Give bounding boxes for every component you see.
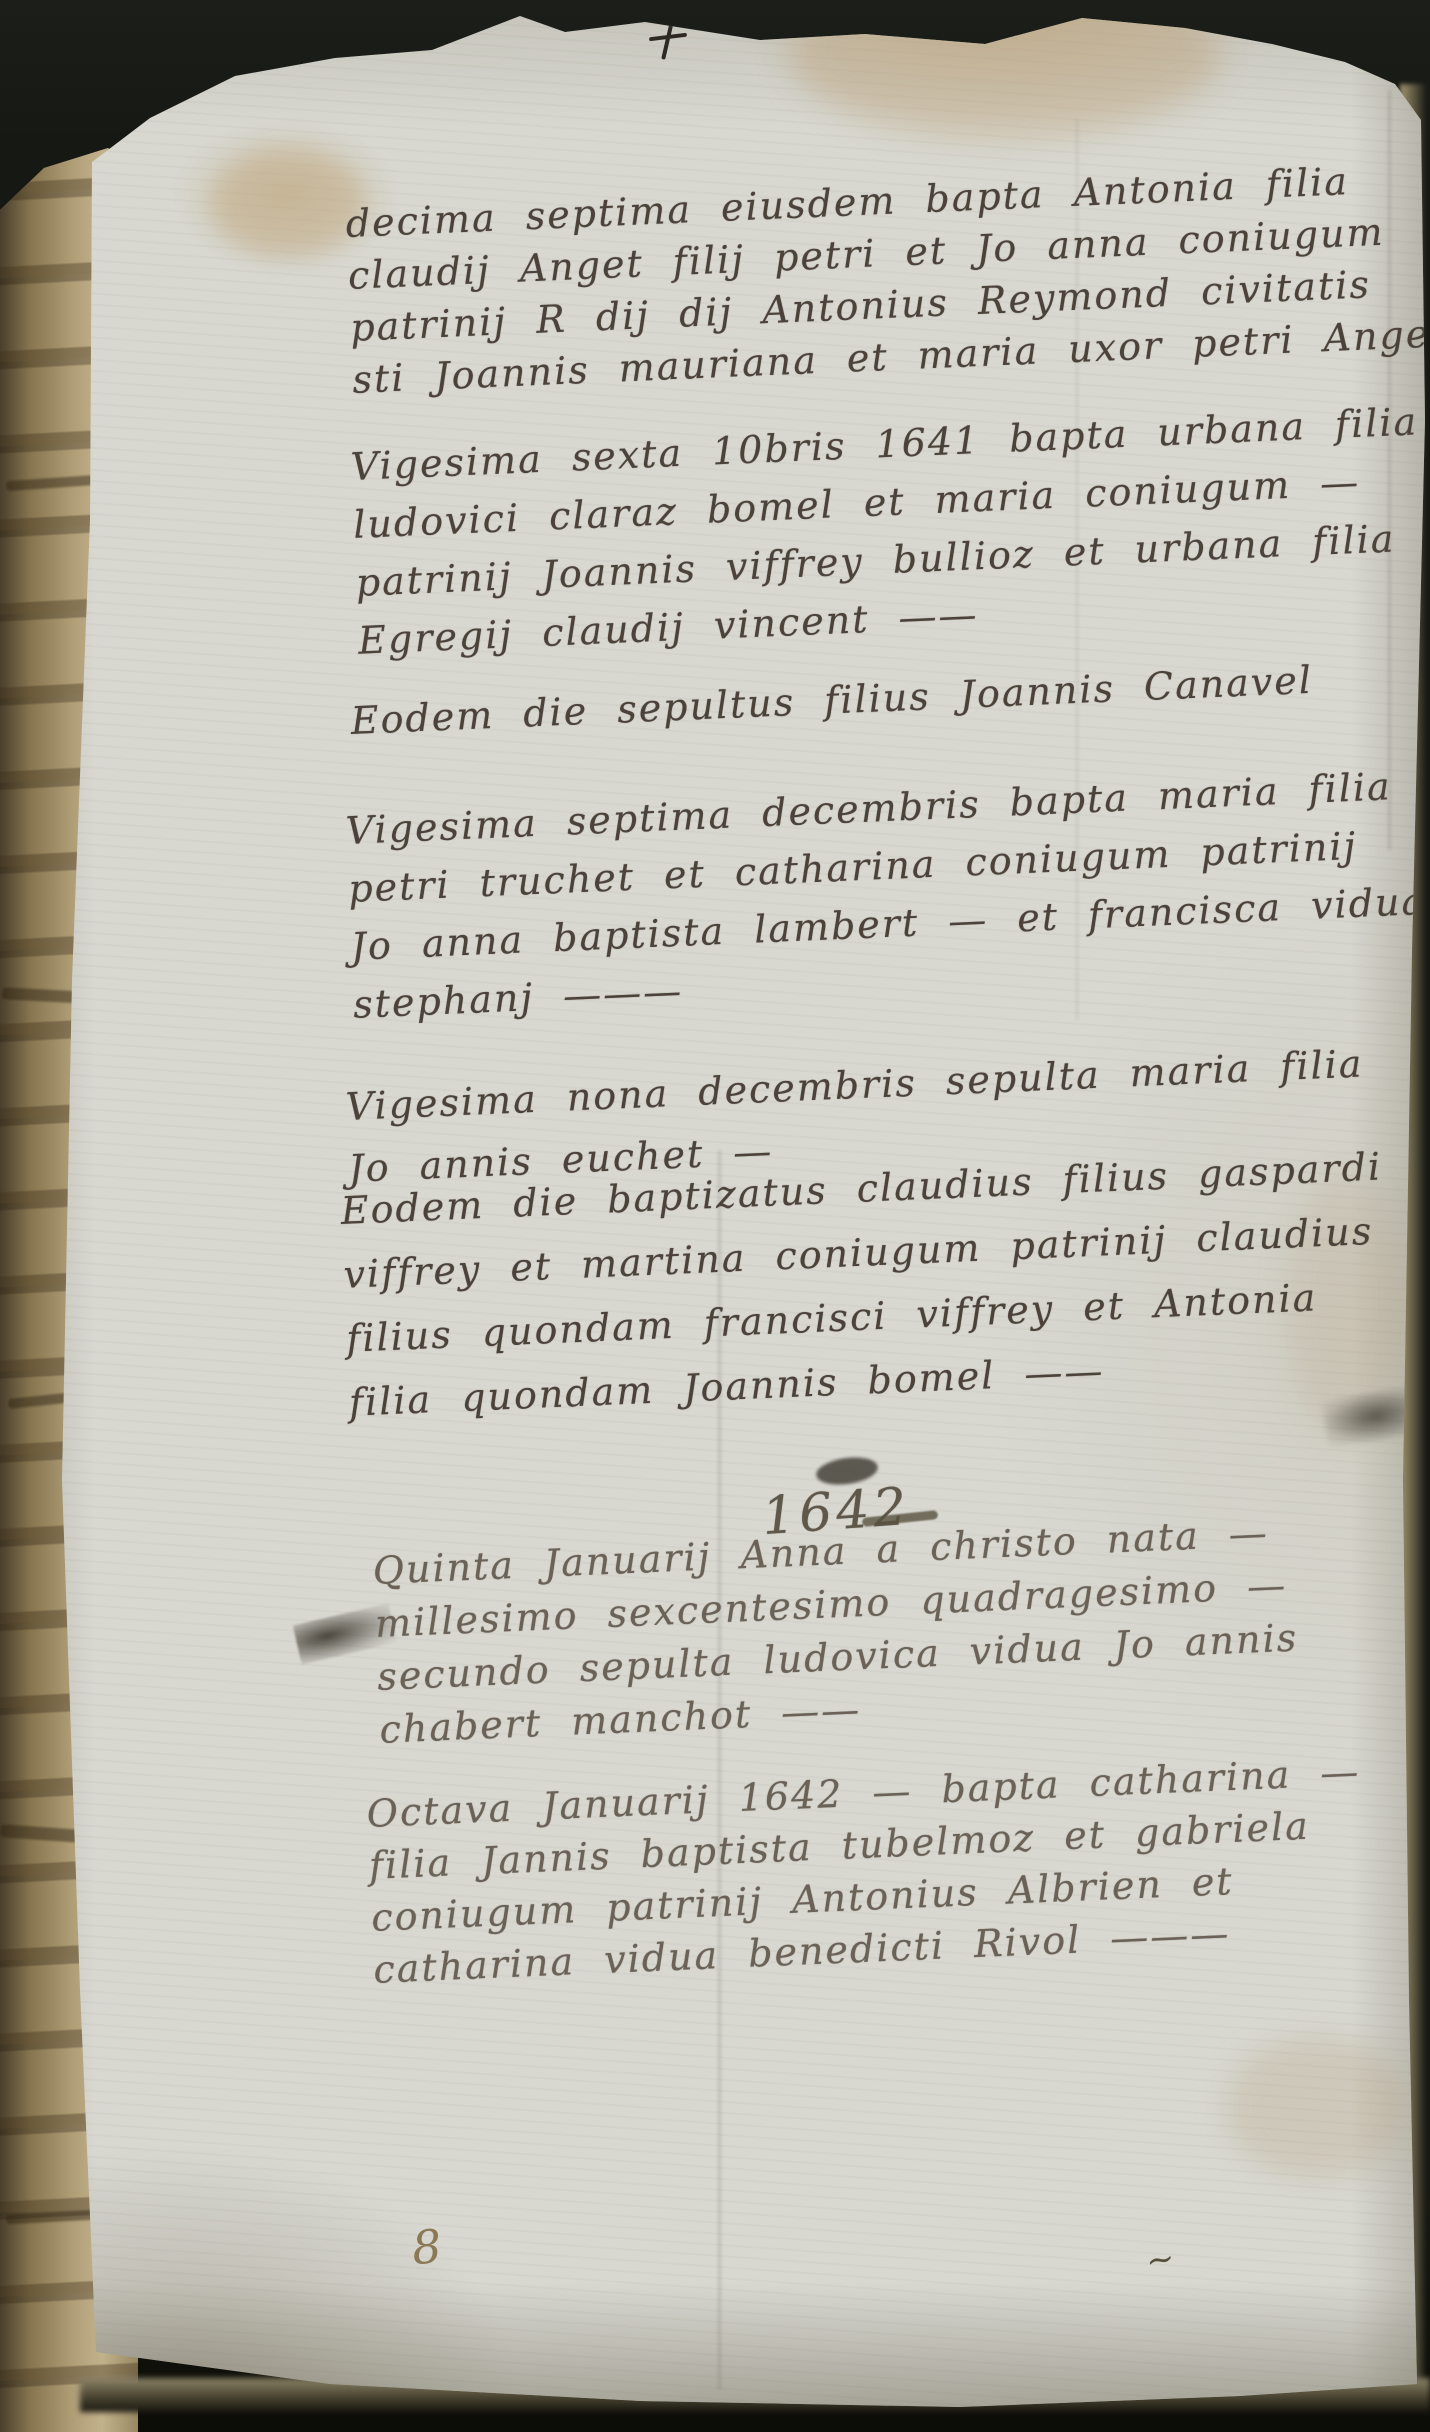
register-entry: Octava Januarij 1642 — bapta catharina —… <box>366 1752 1368 2002</box>
register-entry: Vigesima sexta 10bris 1641 bapta urbana … <box>350 399 1430 679</box>
binding-ridge <box>6 2210 96 2225</box>
register-entry: Quinta Januarij Anna a christo nata — mi… <box>372 1513 1302 1764</box>
register-entry: decima septima eiusdem bapta Antonia fil… <box>345 158 1430 413</box>
paper-stain <box>790 0 1220 140</box>
register-entry: Eodem die baptizatus claudius filius gas… <box>340 1147 1392 1447</box>
manuscript-page: decima septima eiusdem bapta Antonia fil… <box>0 0 1430 2432</box>
ink-squiggle-mark: ∼ <box>1143 2238 1178 2282</box>
manuscript-photo: decima septima eiusdem bapta Antonia fil… <box>0 0 1430 2432</box>
paper-stain <box>210 148 365 258</box>
folio-number: 8 <box>410 2219 444 2275</box>
entry-line: Eodem die sepultus filius Joannis Canave… <box>350 661 1314 754</box>
register-entry: Vigesima septima decembris bapta maria f… <box>345 766 1430 1044</box>
paper-stain <box>1225 2035 1410 2180</box>
ink-cross-mark <box>648 8 690 62</box>
binding-ridge <box>6 475 98 491</box>
register-entry: Eodem die sepultus filius Joannis Canave… <box>350 661 1314 754</box>
